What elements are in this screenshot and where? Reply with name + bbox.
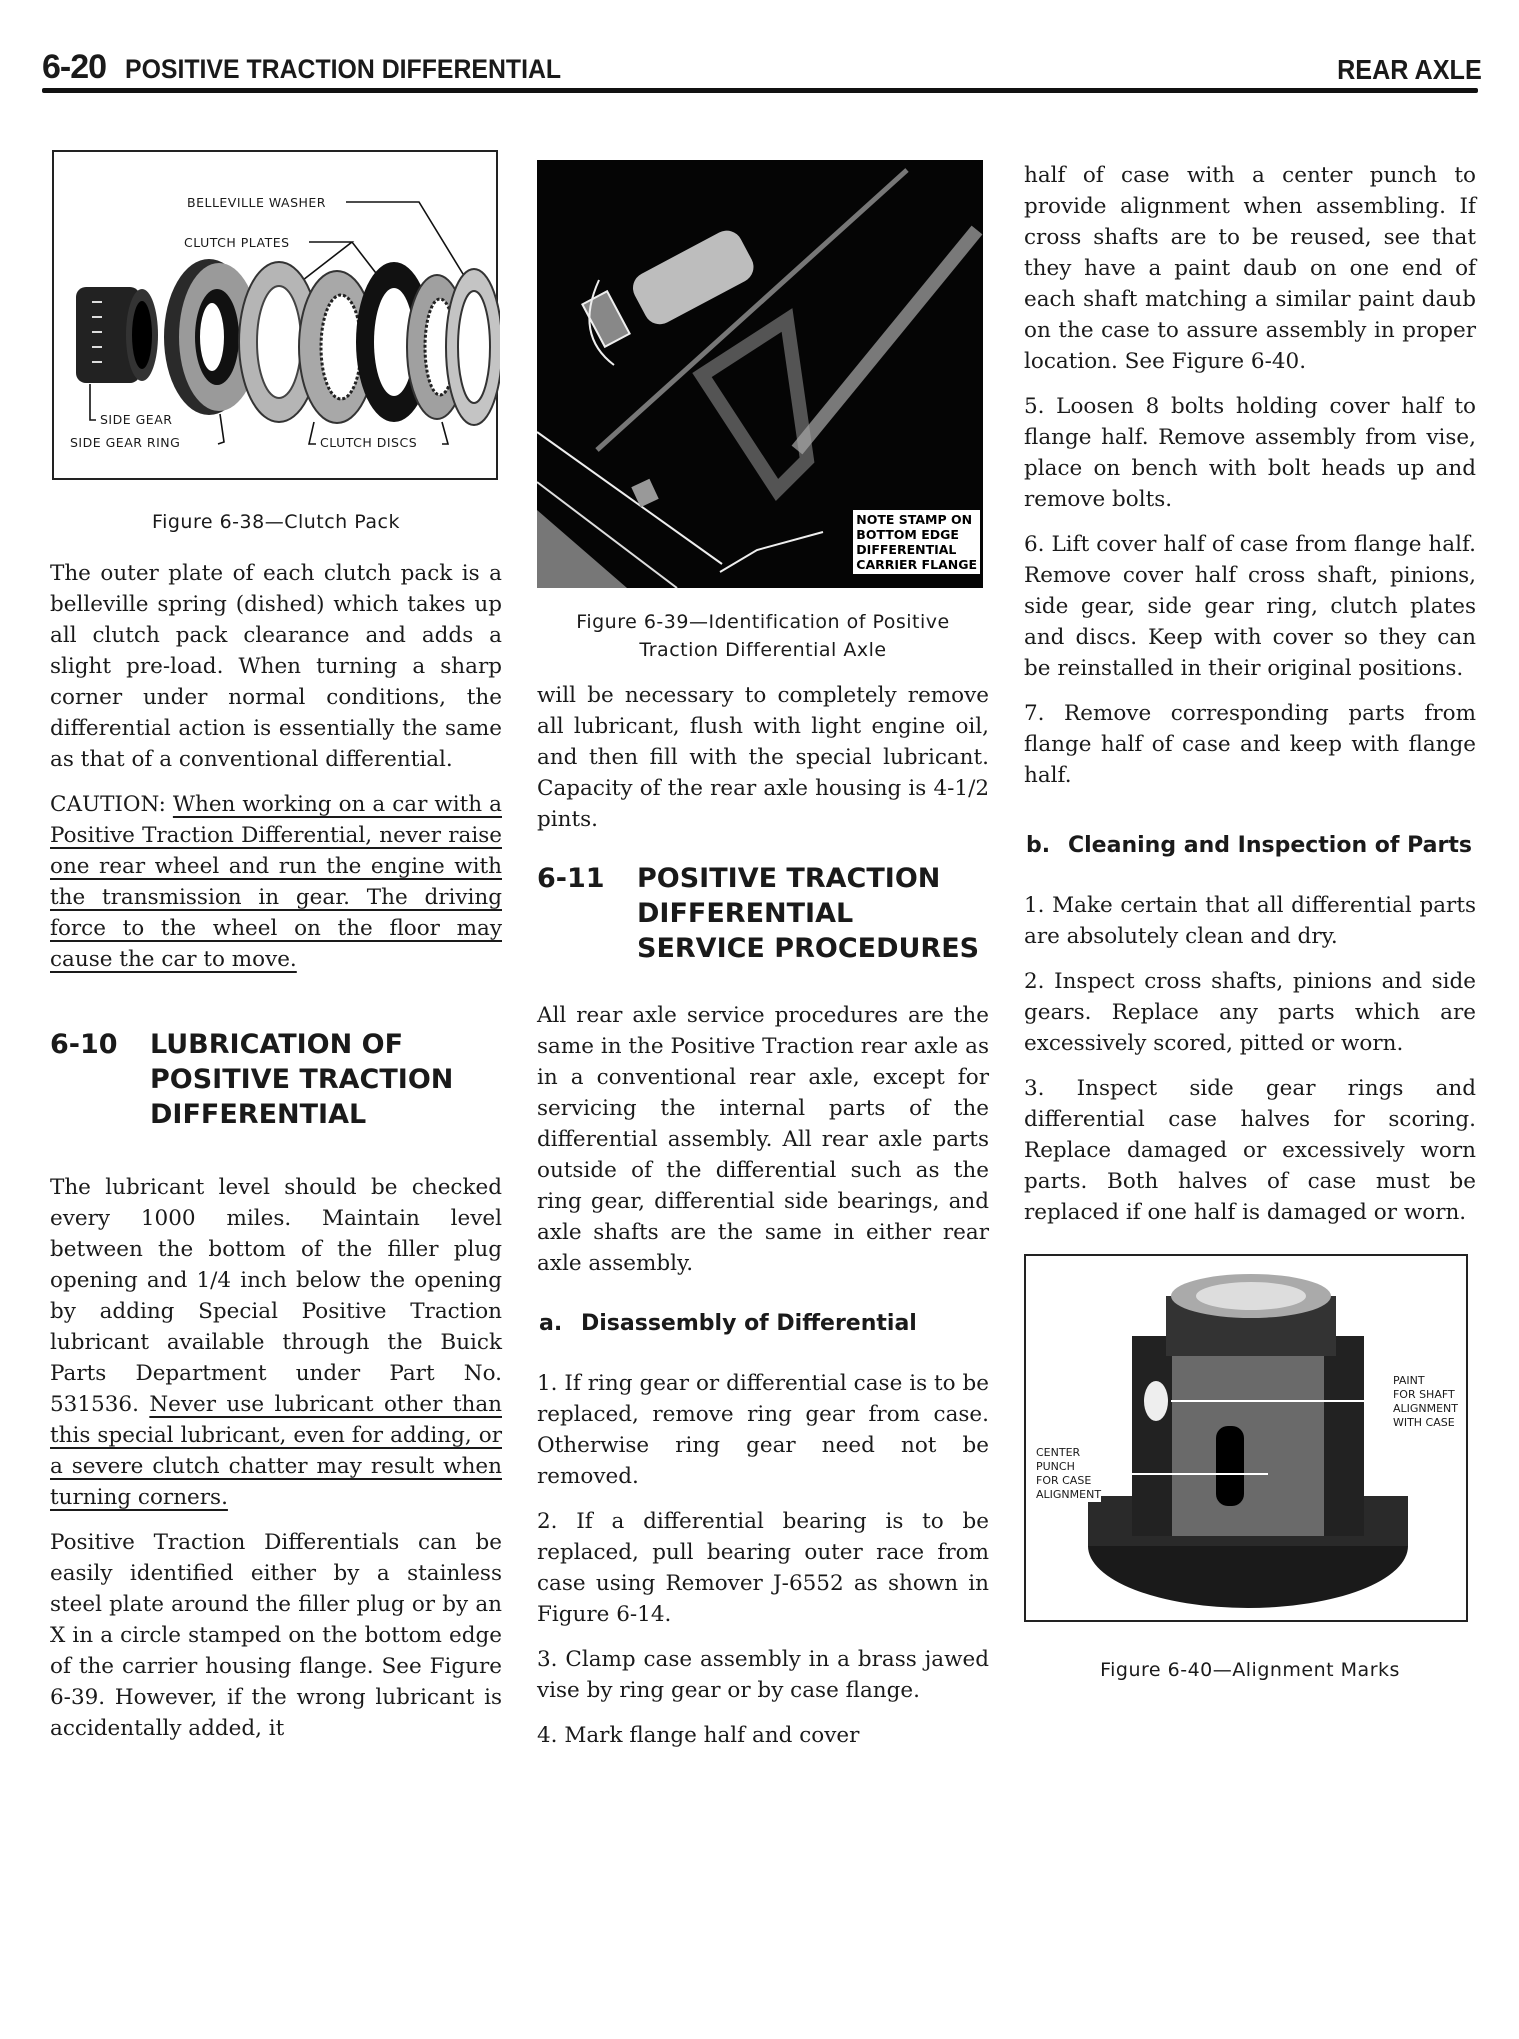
header-left: 6-20 POSITIVE TRACTION DIFFERENTIAL <box>42 48 599 87</box>
label-line: ALIGNMENT <box>1036 1488 1101 1502</box>
subheading-letter: a. <box>539 1309 581 1338</box>
column-3: half of case with a center punch to prov… <box>1024 160 1476 1684</box>
label-clutch-discs: CLUTCH DISCS <box>320 435 417 450</box>
figure-6-40-alignment-marks: PAINT FOR SHAFT ALIGNMENT WITH CASE CENT… <box>1024 1254 1468 1622</box>
section-title: POSITIVE TRACTION DIFFERENTIAL <box>125 54 561 85</box>
figure-6-38-caption: Figure 6-38—Clutch Pack <box>50 508 502 536</box>
caption-line: Traction Differential Axle <box>537 636 989 664</box>
paragraph-lubrication: The lubricant level should be checked ev… <box>50 1172 502 1513</box>
label-line: ALIGNMENT <box>1393 1402 1458 1416</box>
column-1-text: The outer plate of each clutch pack is a… <box>50 558 502 975</box>
section-title: LUBRICATION OF POSITIVE TRACTION DIFFERE… <box>150 1027 502 1132</box>
step-item: 1. If ring gear or differential case is … <box>537 1368 989 1492</box>
caption-line: Figure 6-39—Identification of Positive <box>537 608 989 636</box>
label-center-punch: CENTER PUNCH FOR CASE ALIGNMENT <box>1036 1446 1101 1502</box>
label-line: CENTER <box>1036 1446 1101 1460</box>
step-item: 7. Remove corresponding parts from flang… <box>1024 698 1476 791</box>
chapter-title: REAR AXLE <box>1337 54 1482 86</box>
label-line: PAINT <box>1393 1374 1458 1388</box>
figure-6-39-caption: Figure 6-39—Identification of Positive T… <box>537 608 989 664</box>
note-line: DIFFERENTIAL <box>856 542 977 557</box>
column-2-text-2: All rear axle service procedures are the… <box>537 1000 989 1279</box>
subheading-title: Disassembly of Differential <box>581 1309 917 1338</box>
section-number: 6-11 <box>537 861 637 966</box>
step-item: 6. Lift cover half of case from flange h… <box>1024 529 1476 684</box>
note-stamp-callout: NOTE STAMP ON BOTTOM EDGE DIFFERENTIAL C… <box>853 510 980 574</box>
column-3-text: half of case with a center punch to prov… <box>1024 160 1476 791</box>
subheading-disassembly: a. Disassembly of Differential <box>539 1309 989 1338</box>
disassembly-steps: 1. If ring gear or differential case is … <box>537 1368 989 1751</box>
column-1: BELLEVILLE WASHER CLUTCH PLATES SIDE GEA… <box>50 150 502 1758</box>
paragraph-clutch-pack: The outer plate of each clutch pack is a… <box>50 558 502 775</box>
label-line: WITH CASE <box>1393 1416 1458 1430</box>
column-2: NOTE STAMP ON BOTTOM EDGE DIFFERENTIAL C… <box>537 160 989 1765</box>
belleville-washer-icon <box>446 269 500 425</box>
label-side-gear: SIDE GEAR <box>100 412 172 427</box>
step-item: 1. Make certain that all differential pa… <box>1024 890 1476 952</box>
label-line: PUNCH <box>1036 1460 1101 1474</box>
figure-6-38-clutch-pack: BELLEVILLE WASHER CLUTCH PLATES SIDE GEA… <box>52 150 498 480</box>
step-item: 5. Loosen 8 bolts holding cover half to … <box>1024 391 1476 515</box>
paragraph-flush: will be necessary to completely remove a… <box>537 680 989 835</box>
subheading-title: Cleaning and Inspection of Parts <box>1068 831 1472 860</box>
label-belleville-washer: BELLEVILLE WASHER <box>187 195 326 210</box>
lubrication-text: The lubricant level should be checked ev… <box>50 1175 502 1417</box>
step-item: 2. If a differential bearing is to be re… <box>537 1506 989 1630</box>
step-item: 2. Inspect cross shafts, pinions and sid… <box>1024 966 1476 1059</box>
label-side-gear-ring: SIDE GEAR RING <box>70 435 180 450</box>
page-number: 6-20 <box>42 48 106 86</box>
paragraph-service: All rear axle service procedures are the… <box>537 1000 989 1279</box>
figure-6-40-caption: Figure 6-40—Alignment Marks <box>1024 1656 1476 1684</box>
figure-6-39-identification: NOTE STAMP ON BOTTOM EDGE DIFFERENTIAL C… <box>537 160 983 588</box>
label-line: FOR CASE <box>1036 1474 1101 1488</box>
inspection-steps: 1. Make certain that all differential pa… <box>1024 890 1476 1228</box>
section-heading-6-11: 6-11 POSITIVE TRACTION DIFFERENTIAL SERV… <box>537 861 989 966</box>
section-number: 6-10 <box>50 1027 150 1132</box>
note-line: BOTTOM EDGE <box>856 527 977 542</box>
side-gear-icon <box>76 287 158 383</box>
subheading-cleaning: b. Cleaning and Inspection of Parts <box>1026 831 1476 860</box>
label-line: FOR SHAFT <box>1393 1388 1458 1402</box>
section-title: POSITIVE TRACTION DIFFERENTIAL SERVICE P… <box>637 861 989 966</box>
label-paint-alignment: PAINT FOR SHAFT ALIGNMENT WITH CASE <box>1393 1374 1458 1430</box>
step-continuation: half of case with a center punch to prov… <box>1024 160 1476 377</box>
note-line: NOTE STAMP ON <box>856 512 977 527</box>
caution-text: When working on a car with a Positive Tr… <box>50 792 502 972</box>
caution-paragraph: CAUTION: When working on a car with a Po… <box>50 789 502 975</box>
column-2-text: will be necessary to completely remove a… <box>537 680 989 835</box>
step-item: 4. Mark flange half and cover <box>537 1720 989 1751</box>
caution-label: CAUTION: <box>50 792 166 817</box>
column-1-text-2: The lubricant level should be checked ev… <box>50 1172 502 1744</box>
subheading-letter: b. <box>1026 831 1068 860</box>
differential-case-photo <box>1026 1256 1468 1622</box>
label-clutch-plates: CLUTCH PLATES <box>184 235 290 250</box>
header-rule <box>42 88 1478 93</box>
section-heading-6-10: 6-10 LUBRICATION OF POSITIVE TRACTION DI… <box>50 1027 502 1132</box>
step-item: 3. Clamp case assembly in a brass jawed … <box>537 1644 989 1706</box>
step-item: 3. Inspect side gear rings and different… <box>1024 1073 1476 1228</box>
note-line: CARRIER FLANGE <box>856 557 977 572</box>
paragraph-identification: Positive Traction Differentials can be e… <box>50 1527 502 1744</box>
